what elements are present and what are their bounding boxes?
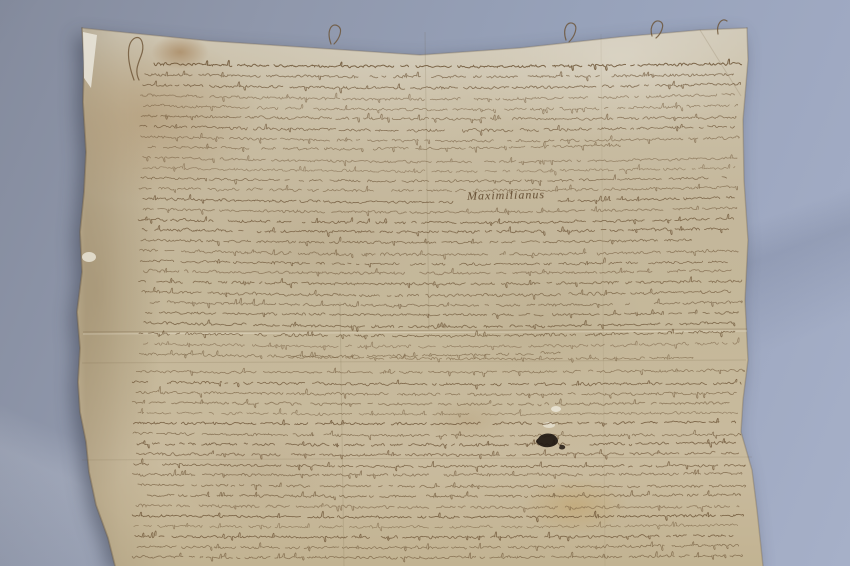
flourish-initial [128, 20, 727, 80]
photo-of-manuscript: Maximilianus [0, 0, 850, 566]
emphasized-word-maximilianus: Maximilianus [450, 188, 562, 202]
manuscript-surface [0, 0, 850, 566]
paper-chips [82, 32, 561, 428]
handwriting-lines [132, 59, 745, 562]
ink-blot [536, 434, 565, 450]
